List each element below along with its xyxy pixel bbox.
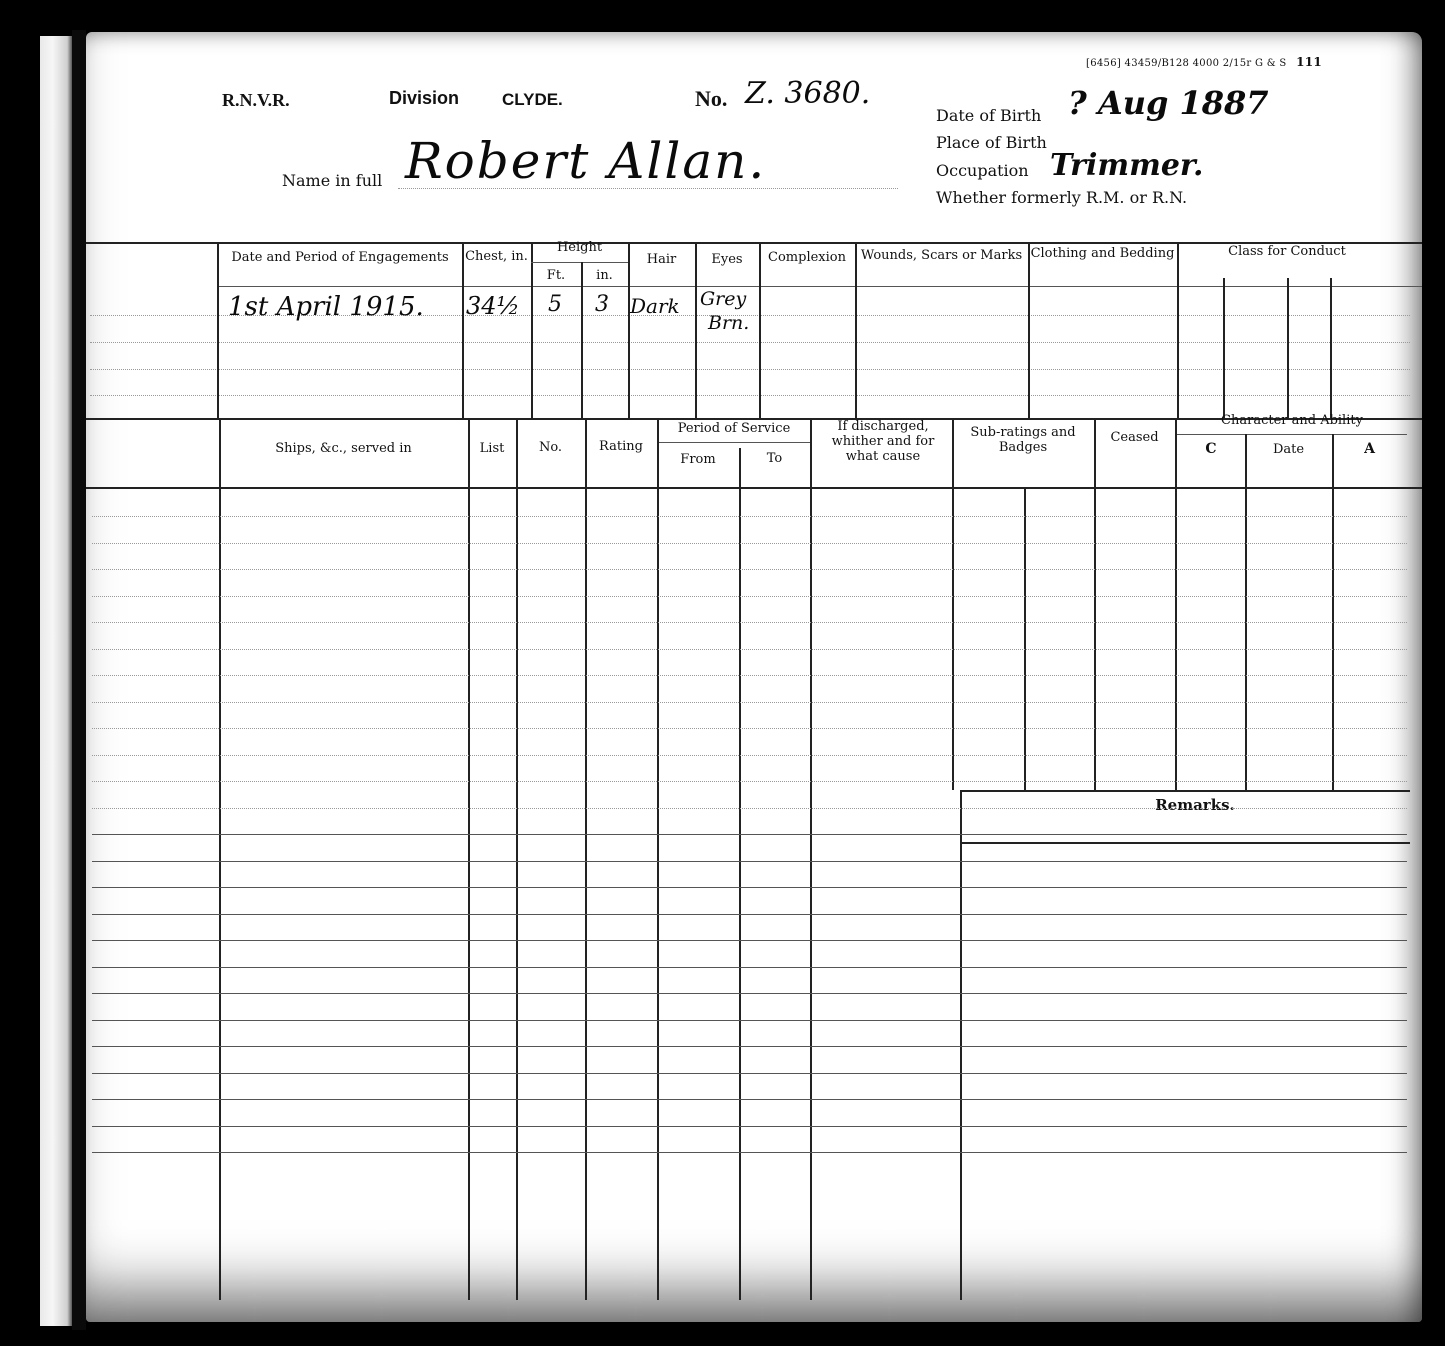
header-c: C <box>1177 442 1245 457</box>
header-from: From <box>657 452 739 467</box>
form-number: 111 <box>1296 55 1322 69</box>
header-character: Character and Ability <box>1177 413 1407 428</box>
header-height-ft: Ft. <box>531 268 581 283</box>
header-a: A <box>1332 442 1407 457</box>
header-discharged: If discharged, whither and for what caus… <box>818 419 948 464</box>
height-in-value: 3 <box>595 292 609 317</box>
service-label: R.N.V.R. <box>222 90 290 111</box>
left-stub-strip <box>40 36 72 1326</box>
header-rating: Rating <box>585 439 657 454</box>
header-chest: Chest, in. <box>462 249 531 264</box>
formerly-label: Whether formerly R.M. or R.N. <box>936 188 1187 207</box>
header-engagements: Date and Period of Engagements <box>218 250 462 265</box>
eyes-value-line1: Grey <box>700 288 746 310</box>
header-conduct: Class for Conduct <box>1177 244 1397 259</box>
header-subratings: Sub-ratings and Badges <box>958 425 1088 455</box>
chest-value: 34½ <box>466 292 520 320</box>
dob-value: ? Aug 1887 <box>1068 84 1269 122</box>
occupation-label: Occupation <box>936 161 1029 180</box>
header-date: Date <box>1245 442 1332 457</box>
header-wounds: Wounds, Scars or Marks <box>855 248 1028 263</box>
header-ceased: Ceased <box>1094 430 1175 445</box>
service-record-card <box>86 32 1422 1322</box>
division-label: Division <box>389 88 459 109</box>
header-ships: Ships, &c., served in <box>219 441 468 456</box>
header-no: No. <box>516 440 585 455</box>
remarks-label: Remarks. <box>1080 798 1310 813</box>
header-clothing: Clothing and Bedding <box>1028 246 1177 261</box>
binding-spine <box>72 30 86 1330</box>
header-to: To <box>739 451 810 466</box>
header-height-in: in. <box>581 268 628 283</box>
print-code-text: [6456] 43459/B128 4000 2/15r G & S <box>1086 58 1287 69</box>
dob-label: Date of Birth <box>936 106 1041 125</box>
print-code: [6456] 43459/B128 4000 2/15r G & S 111 <box>1086 55 1322 69</box>
eyes-value-line2: Brn. <box>708 312 749 334</box>
height-ft-value: 5 <box>548 292 562 317</box>
header-list: List <box>468 441 516 456</box>
hair-value: Dark <box>630 294 680 318</box>
name-label: Name in full <box>282 171 382 190</box>
number-label: No. <box>695 86 727 112</box>
header-period: Period of Service <box>657 421 811 436</box>
service-number: Z. 3680. <box>745 76 870 111</box>
header-height: Height <box>531 240 628 255</box>
engagement-date: 1st April 1915. <box>228 292 424 322</box>
occupation-value: Trimmer. <box>1050 148 1203 183</box>
division-value: CLYDE. <box>502 90 563 110</box>
header-eyes: Eyes <box>695 252 759 267</box>
full-name: Robert Allan. <box>405 132 766 190</box>
pob-label: Place of Birth <box>936 133 1047 152</box>
header-hair: Hair <box>628 252 695 267</box>
header-complexion: Complexion <box>759 250 855 265</box>
